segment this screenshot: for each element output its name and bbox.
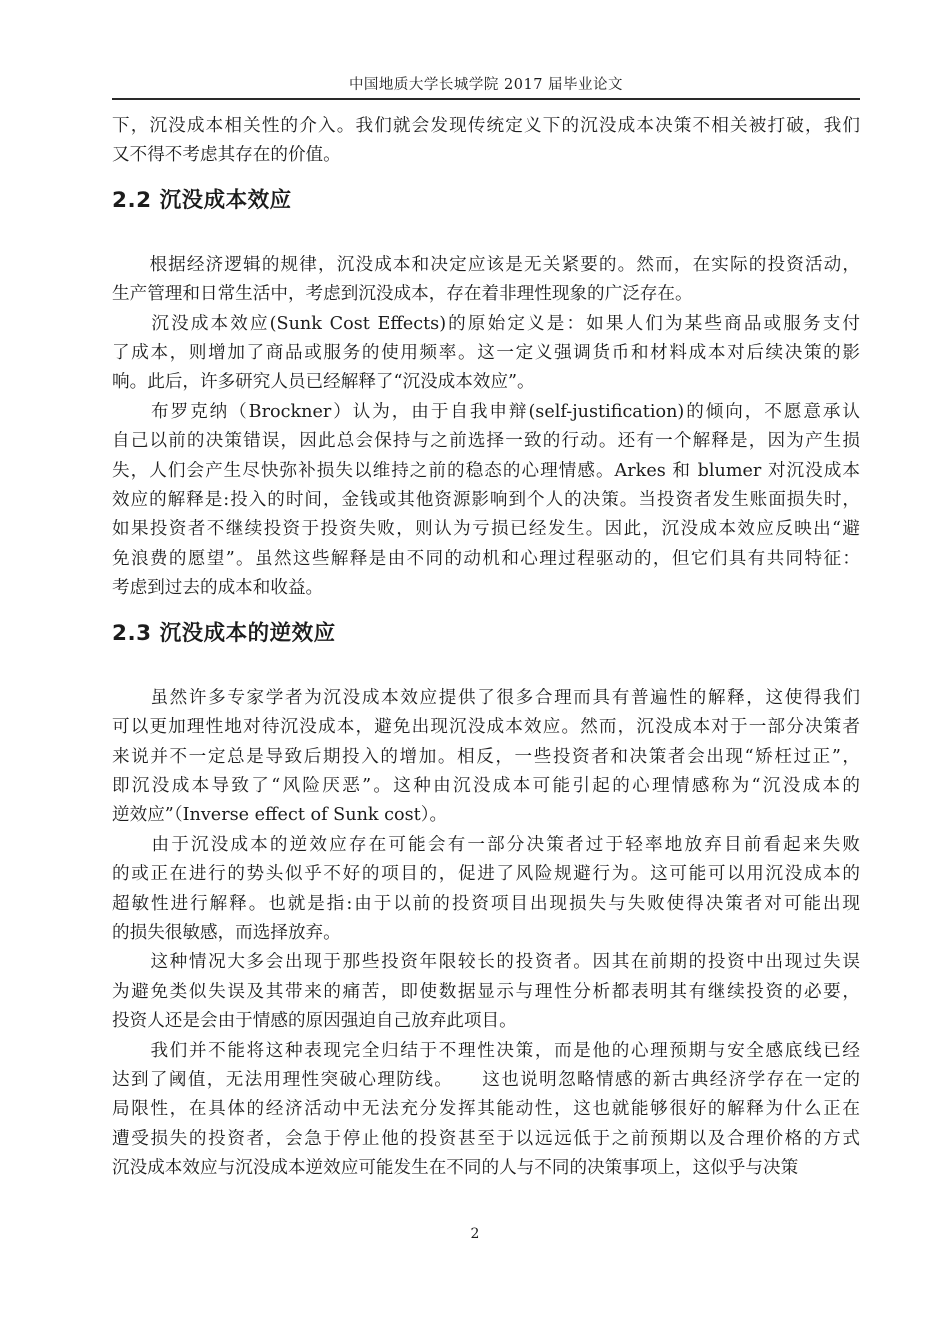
page-content: 下，沉没成本相关性的介入。我们就会发现传统定义下的沉没成本决策不相关被打破，我们…: [112, 112, 860, 1184]
text-line: 遭受损失的投资者，会急于停止他的投资甚至于以远远低于之前预期以及合理价格的方式: [112, 1125, 860, 1154]
text-line: 我们并不能将这种表现完全归结于不理性决策，而是他的心理预期与安全感底线已经: [112, 1037, 860, 1066]
text-line: 可以更加理性地对待沉没成本，避免出现沉没成本效应。然而，沉没成本对于一部分决策者: [112, 713, 860, 742]
text-line: 免浪费的愿望”。虽然这些解释是由不同的动机和心理过程驱动的，但它们具有共同特征：: [112, 545, 860, 574]
text-line: 根据经济逻辑的规律，沉没成本和决定应该是无关紧要的。然而，在实际的投资活动，: [112, 251, 860, 280]
text-line: 来说并不一定总是导致后期投入的增加。相反，一些投资者和决策者会出现“矫枉过正”，: [112, 743, 860, 772]
header-rule: [112, 98, 860, 100]
text-line: 如果投资者不继续投资于投资失败，则认为亏损已经发生。因此，沉没成本效应反映出“避: [112, 515, 860, 544]
text-line: 自己以前的决策错误，因此总会保持与之前选择一致的行动。还有一个解释是，因为产生损: [112, 427, 860, 456]
text-line: 考虑到过去的成本和收益。: [112, 574, 860, 603]
thesis-page: 中国地质大学长城学院 2017 届毕业论文 下，沉没成本相关性的介入。我们就会发…: [0, 0, 950, 1344]
paragraph: 布罗克纳（Brockner）认为，由于自我申辩(self-justificati…: [112, 398, 860, 604]
text-line: 逆效应”（Inverse effect of Sunk cost）。: [112, 801, 860, 830]
text-line: 这种情况大多会出现于那些投资年限较长的投资者。因其在前期的投资中出现过失误: [112, 948, 860, 977]
text-line: 了成本，则增加了商品或服务的使用频率。这一定义强调货币和材料成本对后续决策的影: [112, 339, 860, 368]
page-number: 2: [0, 1226, 950, 1242]
text-line: 布罗克纳（Brockner）认为，由于自我申辩(self-justificati…: [112, 398, 860, 427]
text-line: 又不得不考虑其存在的价值。: [112, 141, 860, 170]
text-line: 效应的解释是:投入的时间，金钱或其他资源影响到个人的决策。当投资者发生账面损失时…: [112, 486, 860, 515]
section-heading: 2.3 沉没成本的逆效应: [112, 619, 860, 649]
text-line: 由于沉没成本的逆效应存在可能会有一部分决策者过于轻率地放弃目前看起来失败: [112, 831, 860, 860]
text-line: 达到了阈值，无法用理性突破心理防线。 这也说明忽略情感的新古典经济学存在一定的: [112, 1066, 860, 1095]
text-line: 局限性，在具体的经济活动中无法充分发挥其能动性，这也就能够很好的解释为什么正在: [112, 1095, 860, 1124]
text-line: 的损失很敏感，而选择放弃。: [112, 919, 860, 948]
text-line: 失，人们会产生尽快弥补损失以维持之前的稳态的心理情感。Arkes 和 blume…: [112, 457, 860, 486]
paragraph: 根据经济逻辑的规律，沉没成本和决定应该是无关紧要的。然而，在实际的投资活动，生产…: [112, 251, 860, 310]
text-line: 投资人还是会由于情感的原因强迫自己放弃此项目。: [112, 1007, 860, 1036]
text-line: 即沉没成本导致了“风险厌恶”。这种由沉没成本可能引起的心理情感称为“沉没成本的: [112, 772, 860, 801]
running-header: 中国地质大学长城学院 2017 届毕业论文: [112, 76, 860, 94]
text-line: 的或正在进行的势头似乎不好的项目的，促进了风险规避行为。这可能可以用沉没成本的: [112, 860, 860, 889]
paragraph: 虽然许多专家学者为沉没成本效应提供了很多合理而具有普遍性的解释，这使得我们可以更…: [112, 684, 860, 831]
paragraph: 沉没成本效应(Sunk Cost Effects)的原始定义是：如果人们为某些商…: [112, 310, 860, 398]
text-line: 沉没成本效应(Sunk Cost Effects)的原始定义是：如果人们为某些商…: [112, 310, 860, 339]
text-line: 沉没成本效应与沉没成本逆效应可能发生在不同的人与不同的决策事项上，这似乎与决策: [112, 1154, 860, 1183]
text-line: 为避免类似失误及其带来的痛苦，即使数据显示与理性分析都表明其有继续投资的必要，: [112, 978, 860, 1007]
text-line: 生产管理和日常生活中，考虑到沉没成本，存在着非理性现象的广泛存在。: [112, 280, 860, 309]
paragraph: 这种情况大多会出现于那些投资年限较长的投资者。因其在前期的投资中出现过失误为避免…: [112, 948, 860, 1036]
text-line: 响。此后，许多研究人员已经解释了“沉没成本效应”。: [112, 368, 860, 397]
paragraph: 我们并不能将这种表现完全归结于不理性决策，而是他的心理预期与安全感底线已经达到了…: [112, 1037, 860, 1184]
text-line: 超敏性进行解释。也就是指:由于以前的投资项目出现损失与失败使得决策者对可能出现: [112, 890, 860, 919]
paragraph: 下，沉没成本相关性的介入。我们就会发现传统定义下的沉没成本决策不相关被打破，我们…: [112, 112, 860, 171]
section-heading: 2.2 沉没成本效应: [112, 186, 860, 216]
text-line: 虽然许多专家学者为沉没成本效应提供了很多合理而具有普遍性的解释，这使得我们: [112, 684, 860, 713]
text-line: 下，沉没成本相关性的介入。我们就会发现传统定义下的沉没成本决策不相关被打破，我们: [112, 112, 860, 141]
paragraph: 由于沉没成本的逆效应存在可能会有一部分决策者过于轻率地放弃目前看起来失败的或正在…: [112, 831, 860, 949]
